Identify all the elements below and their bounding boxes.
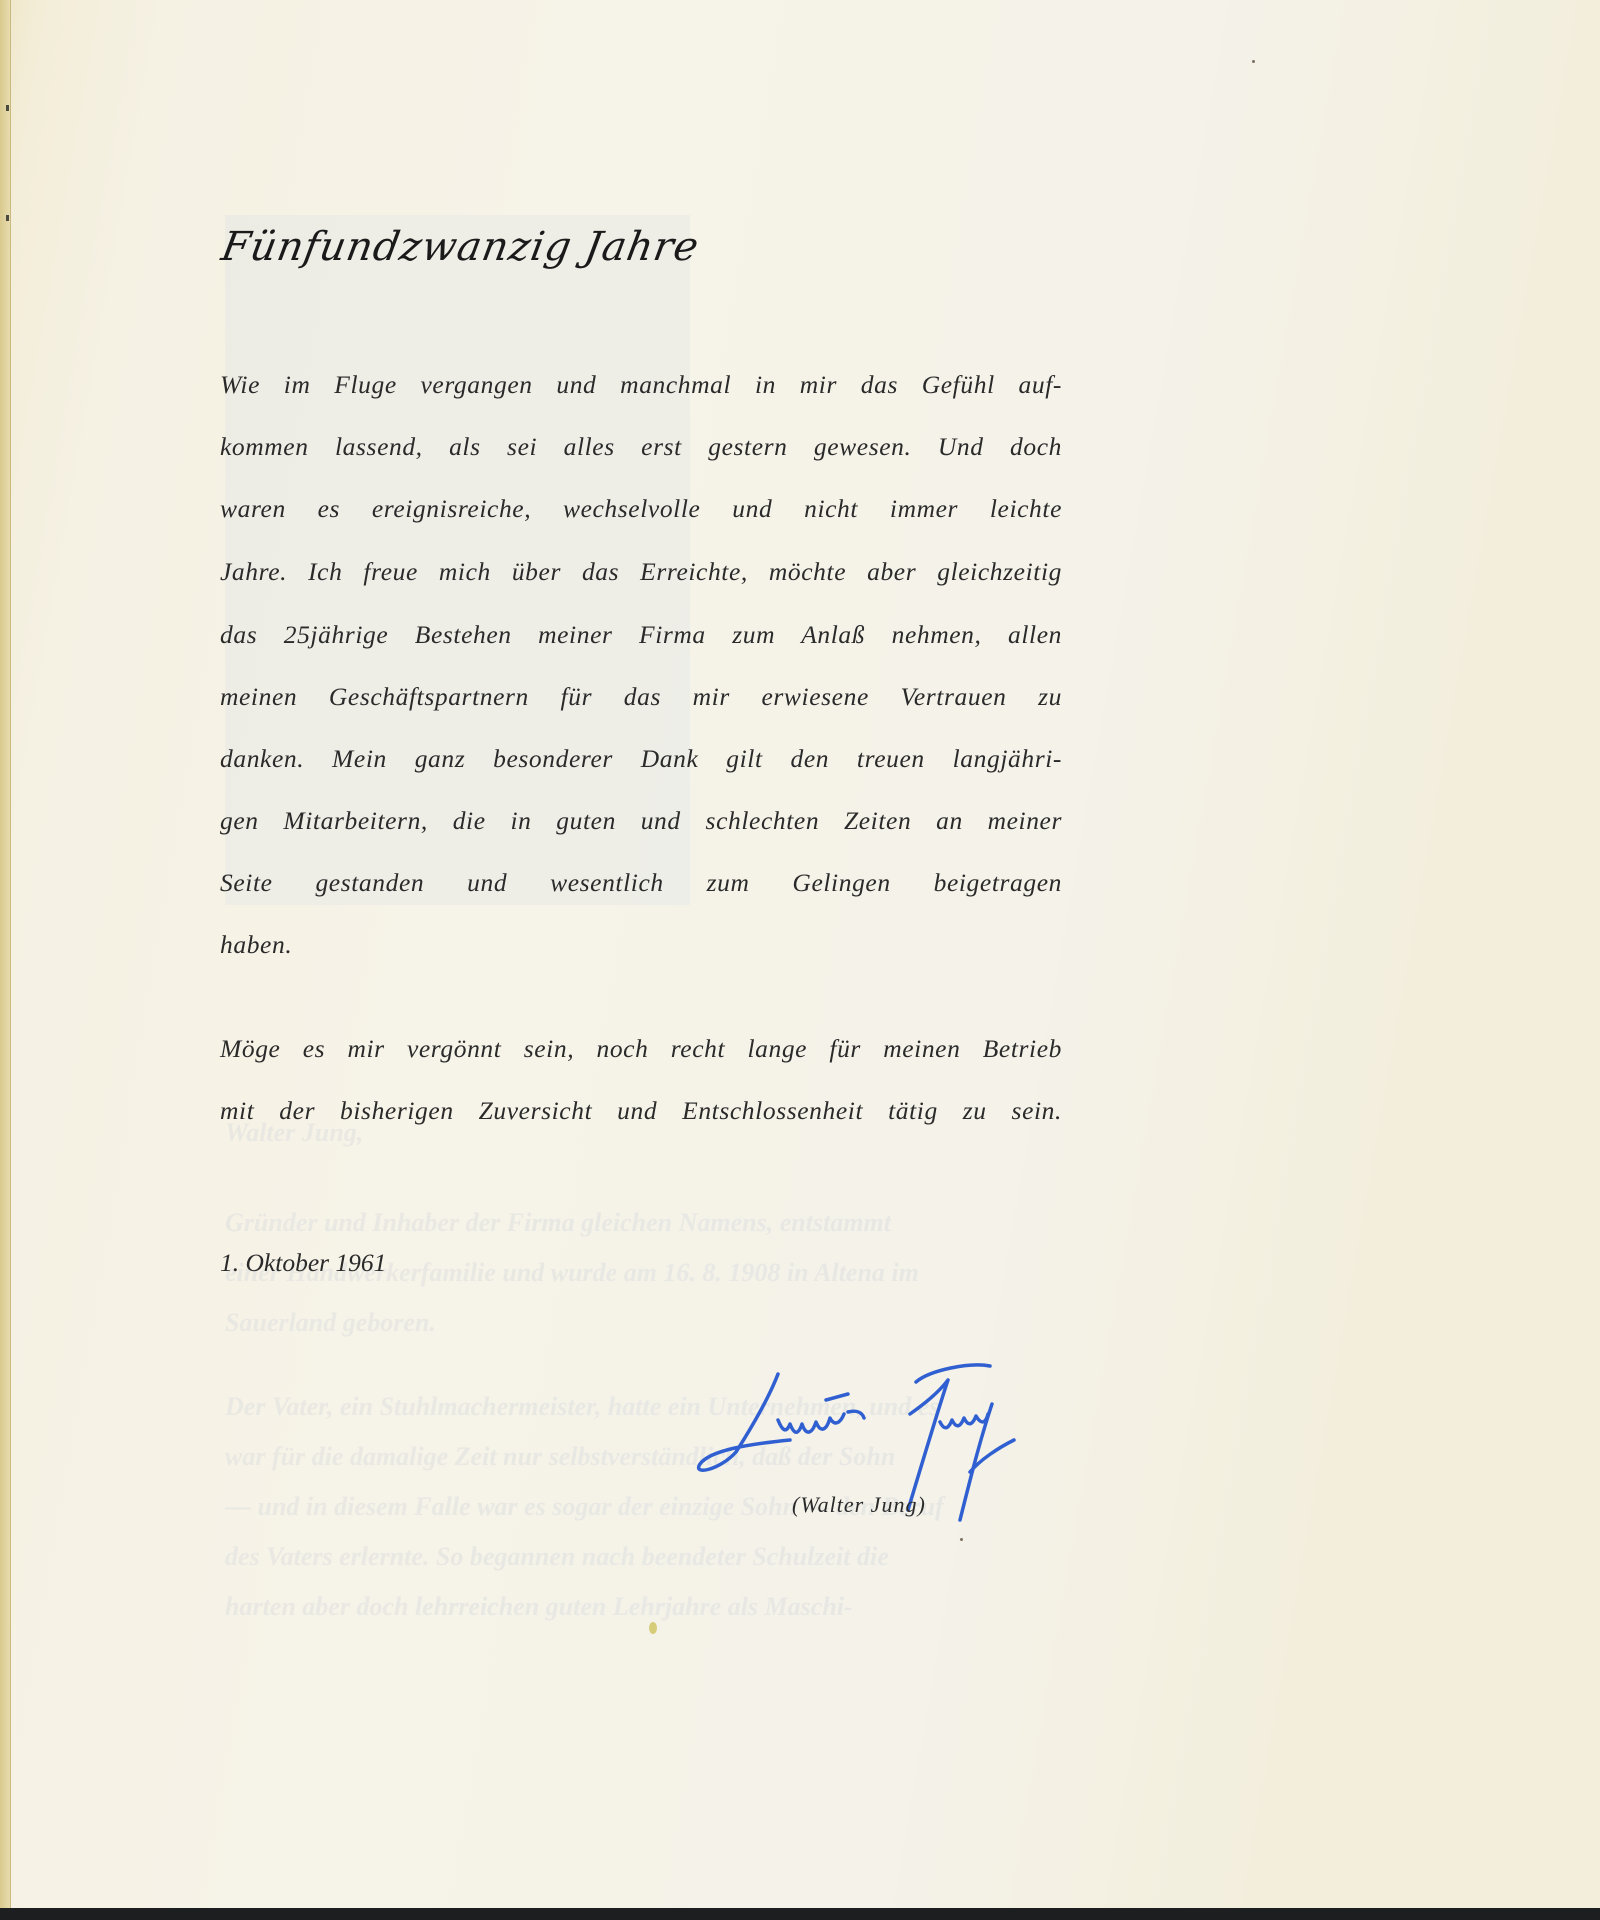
text-line: meinen Geschäftspartnern für das mir erw… <box>220 682 1062 712</box>
binding-edge <box>0 0 11 1908</box>
text-line: kommen lassend, als sei alles erst geste… <box>220 432 1062 462</box>
text-line: gen Mitarbeitern, die in guten und schle… <box>220 806 1062 836</box>
bleed-through-line: des Vaters erlernte. So begannen nach be… <box>225 1542 1055 1572</box>
text-line: das 25jährige Bestehen meiner Firma zum … <box>220 620 1062 650</box>
text-line: Wie im Fluge vergangen und manchmal in m… <box>220 370 1062 400</box>
staple-mark <box>6 105 9 111</box>
text-line: mit der bisherigen Zuversicht und Entsch… <box>220 1096 1062 1126</box>
text-line: waren es ereignisreiche, wechselvolle un… <box>220 494 1062 524</box>
letter-date: 1. Oktober 1961 <box>220 1248 386 1278</box>
bleed-through-line: Sauerland geboren. <box>225 1308 1055 1338</box>
text-line: Möge es mir vergönnt sein, noch recht la… <box>220 1034 1062 1064</box>
text-line: danken. Mein ganz besonderer Dank gilt d… <box>220 744 1062 774</box>
text-line: haben. <box>220 930 1062 960</box>
bleed-through-line: harten aber doch lehrreichen guten Lehrj… <box>225 1592 1055 1622</box>
paper-stain <box>649 1622 657 1634</box>
paper-speck <box>1252 60 1255 63</box>
scanned-page: Walter Jung, Gründer und Inhaber der Fir… <box>0 0 1600 1908</box>
page-title: Fünfundzwanzig Jahre <box>218 224 703 270</box>
signatory-name: (Walter Jung) <box>792 1492 926 1518</box>
staple-mark <box>6 215 9 221</box>
bleed-through-line: Gründer und Inhaber der Firma gleichen N… <box>225 1208 1055 1238</box>
scan-border <box>0 1908 1600 1920</box>
text-line: Seite gestanden und wesentlich zum Gelin… <box>220 868 1062 898</box>
paper-speck <box>960 1538 963 1541</box>
text-line: Jahre. Ich freue mich über das Erreichte… <box>220 557 1062 587</box>
